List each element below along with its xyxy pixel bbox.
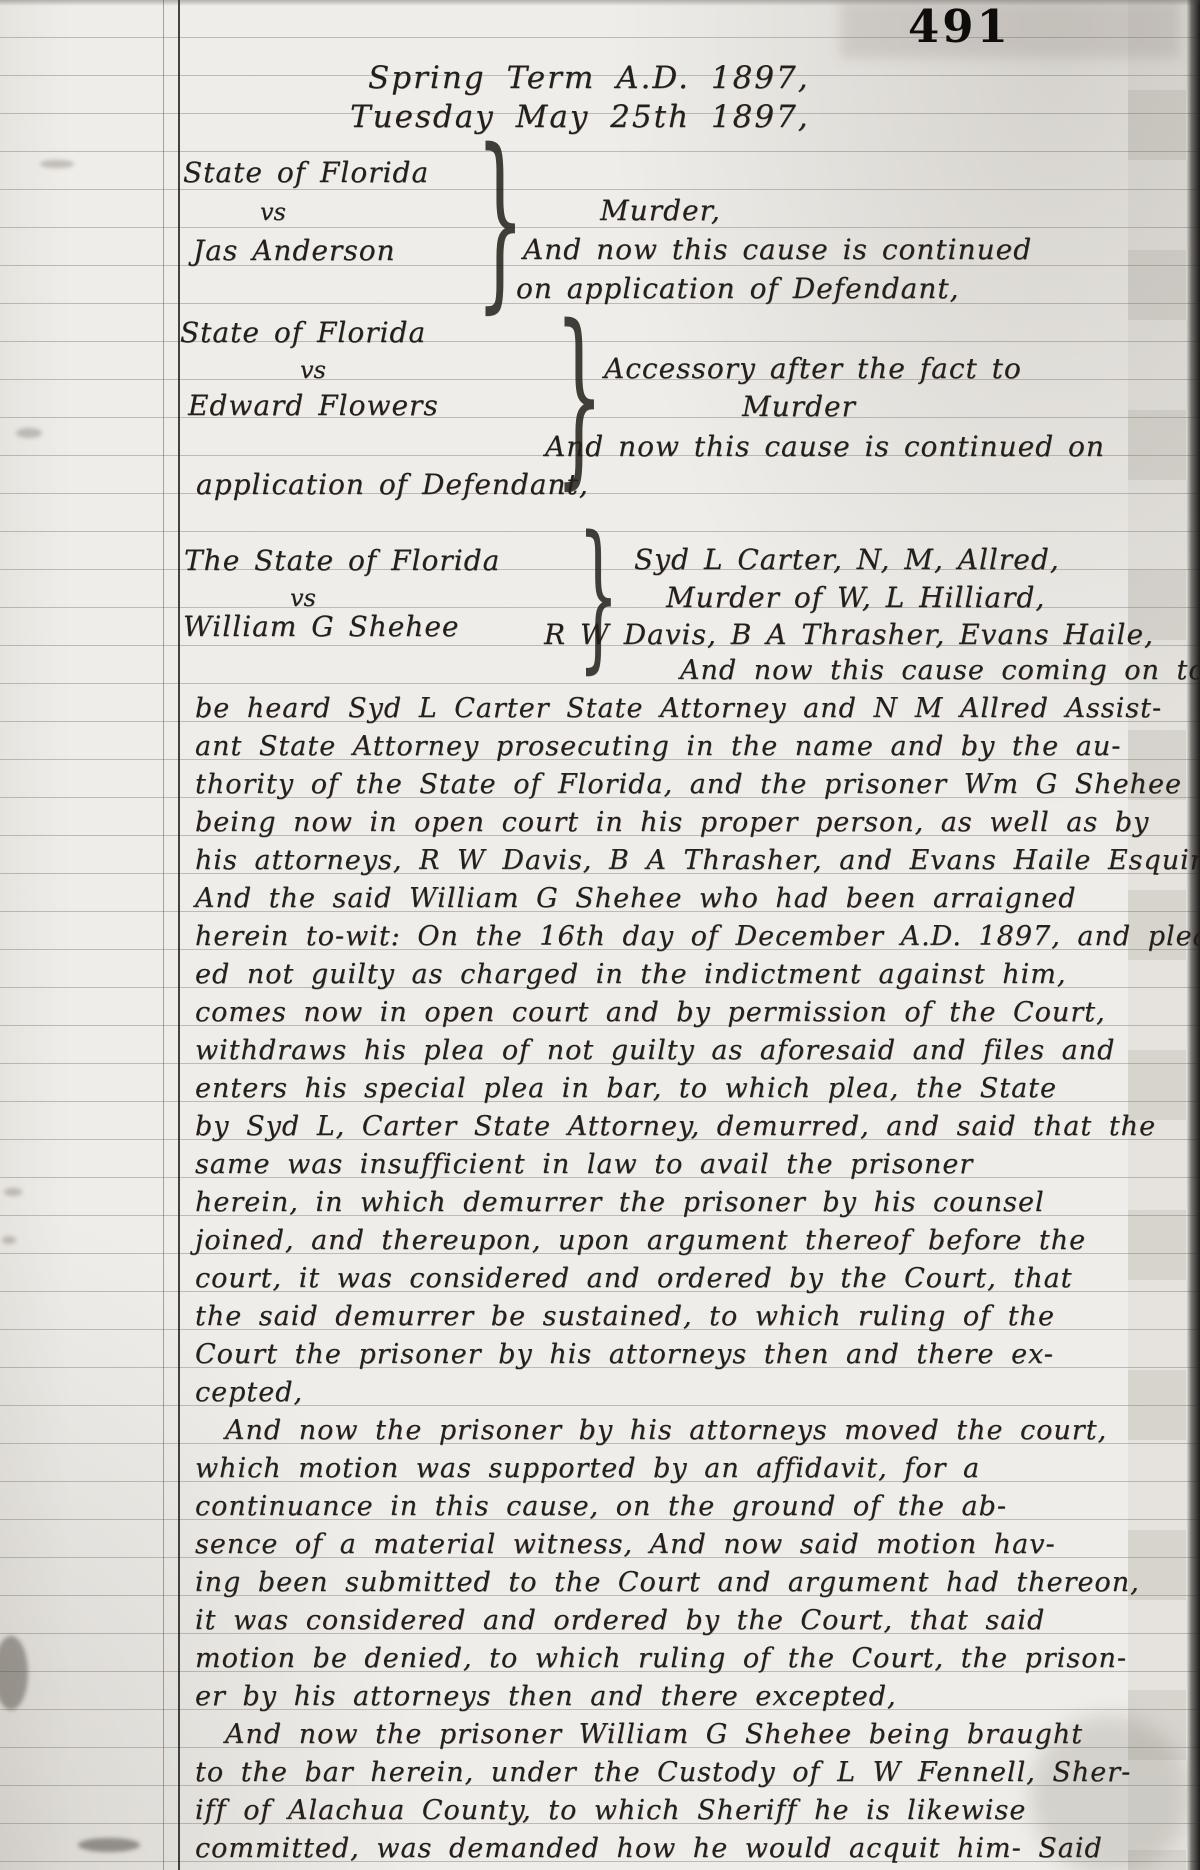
paragraph-continuance-motion: which motion was supported by an affidav… [195,1450,1187,1716]
body-line: herein, in which demurrer the prisoner b… [195,1184,1187,1222]
paragraph-plea-demurrer: be heard Syd L Carter State Attorney and… [195,690,1187,1412]
case2-plaintiff: State of Florida [180,316,426,349]
ledger-page: 491 Spring Term A.D. 1897, Tuesday May 2… [0,0,1200,1870]
body-line: being now in open court in his proper pe… [195,804,1187,842]
case2-note-line: application of Defendant, [196,468,589,501]
body-line: his attorneys, R W Davis, B A Thrasher, … [195,842,1187,880]
case2-note-line: And now this cause is continued on [545,430,1105,463]
case3-charge: Murder of W, L Hilliard, [666,581,1045,614]
body-line: which motion was supported by an affidav… [195,1450,1187,1488]
case3-plaintiff: The State of Florida [184,544,500,577]
body-line: withdraws his plea of not guilty as afor… [195,1032,1187,1070]
case1-plaintiff: State of Florida [183,156,429,189]
case3-prosecution-counsel: Syd L Carter, N, M, Allred, [634,543,1060,576]
body-line: And now this cause coming on to [195,652,1187,690]
ink-smudge [40,160,74,168]
body-line: be heard Syd L Carter State Attorney and… [195,690,1187,728]
paragraph-prisoner-at-bar: to the bar herein, under the Custody of … [195,1754,1187,1868]
body-line: court, it was considered and ordered by … [195,1260,1187,1298]
body-line: And the said William G Shehee who had be… [195,880,1187,918]
body-line: enters his special plea in bar, to which… [195,1070,1187,1108]
body-line: ed not guilty as charged in the indictme… [195,956,1187,994]
ink-smudge [4,1188,22,1196]
body-line: committed, was demanded how he would acq… [195,1830,1187,1868]
body-line: joined, and thereupon, upon argument the… [195,1222,1187,1260]
body-line: to the bar herein, under the Custody of … [195,1754,1187,1792]
case1-note-line: And now this cause is continued [523,233,1032,266]
body-line: ing been submitted to the Court and argu… [195,1564,1187,1602]
body-line: sence of a material witness, And now sai… [195,1526,1187,1564]
body-line: it was considered and ordered by the Cou… [195,1602,1187,1640]
body-line: And now the prisoner by his attorneys mo… [195,1412,1187,1450]
body-line: Court the prisoner by his attorneys then… [195,1336,1187,1374]
body-line: same was insufficient in law to avail th… [195,1146,1187,1184]
case2-vs: vs [300,356,326,384]
case1-vs: vs [260,198,286,226]
body-line: the said demurrer be sustained, to which… [195,1298,1187,1336]
body-line: And now the prisoner William G Shehee be… [195,1716,1187,1754]
ink-smudge [2,1236,16,1244]
case1-brace-mark: } [476,150,524,290]
body-line: iff of Alachua County, to which Sheriff … [195,1792,1187,1830]
body-line: comes now in open court and by permissio… [195,994,1187,1032]
margin-rule-faint [163,0,164,1870]
case2-defendant: Edward Flowers [188,389,439,422]
body-line: herein to-wit: On the 16th day of Decemb… [195,918,1187,956]
term-heading: Spring Term A.D. 1897, [368,60,810,96]
body-line: ant State Attorney prosecuting in the na… [195,728,1187,766]
body-line: continuance in this cause, on the ground… [195,1488,1187,1526]
date-heading: Tuesday May 25th 1897, [350,99,810,135]
case3-vs: vs [290,584,316,612]
stain [78,1838,140,1852]
margin-rule [178,0,180,1870]
case1-charge: Murder, [600,194,721,227]
body-line: er by his attorneys then and there excep… [195,1678,1187,1716]
body-line: thority of the State of Florida, and the… [195,766,1187,804]
case2-charge-line: Murder [742,390,856,423]
case3-defendant: William G Shehee [183,610,459,643]
body-line: motion be denied, to which ruling of the… [195,1640,1187,1678]
case3-defense-counsel: R W Davis, B A Thrasher, Evans Haile, [544,618,1154,651]
case1-defendant: Jas Anderson [193,234,396,267]
ink-smudge [16,428,42,438]
court-record-body: And now this cause coming on to be heard… [195,652,1187,1868]
body-line: cepted, [195,1374,1187,1412]
case2-charge-line: Accessory after the fact to [604,352,1022,385]
page-number: 491 [908,0,1011,53]
body-line: by Syd L, Carter State Attorney, demurre… [195,1108,1187,1146]
stain [0,1636,28,1710]
